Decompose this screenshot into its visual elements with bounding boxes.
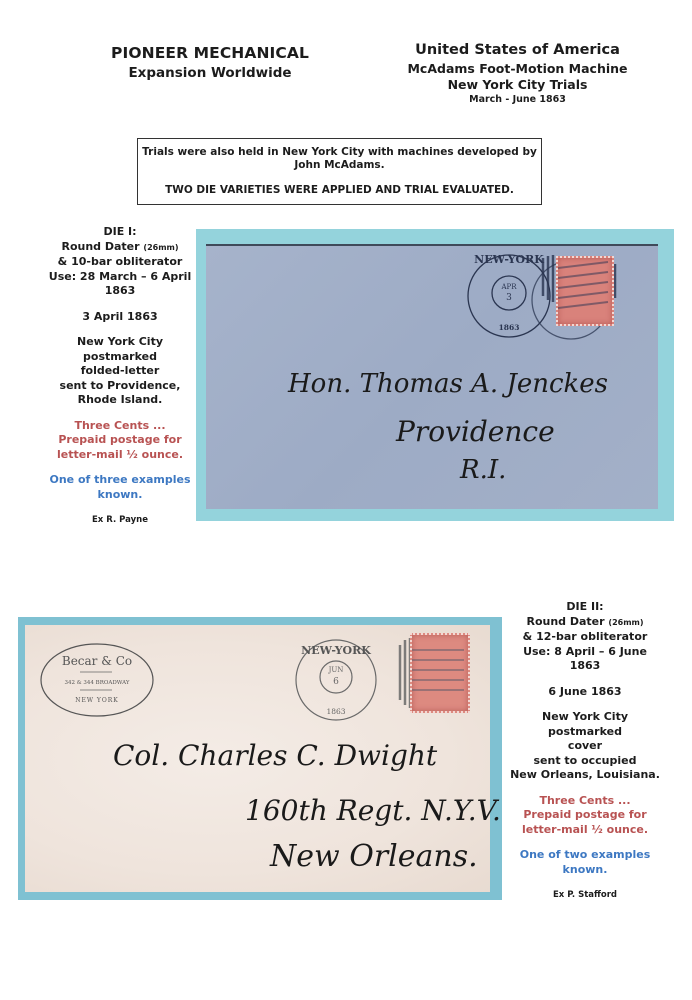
desc-line: postmarked	[500, 725, 670, 740]
obliterator-line: & 12-bar obliterator	[500, 630, 670, 645]
address-line: Col. Charles C. Dwight	[113, 739, 438, 772]
address-line: New Orleans.	[269, 839, 478, 874]
die-label: DIE II:	[500, 600, 670, 615]
desc-line: New Orleans, Louisiana.	[500, 768, 670, 783]
desc-line: cover	[500, 739, 670, 754]
rate-line: Prepaid postage for	[500, 808, 670, 823]
rarity-line: known.	[500, 863, 670, 878]
provenance: Ex P. Stafford	[500, 888, 670, 903]
die-2-description: DIE II: Round Dater (26mm) & 12-bar obli…	[500, 600, 670, 903]
dater-text: Round Dater	[526, 615, 604, 628]
dater-line: Round Dater (26mm)	[500, 615, 670, 631]
rarity-line: One of two examples	[500, 848, 670, 863]
desc-line: sent to occupied	[500, 754, 670, 769]
cover-date: 6 June 1863	[500, 685, 670, 700]
use-year: 1863	[500, 659, 670, 674]
rate-line: Three Cents ...	[500, 794, 670, 809]
dater-size: (26mm)	[608, 618, 643, 627]
use-line: Use: 8 April – 6 June	[500, 645, 670, 660]
desc-line: New York City	[500, 710, 670, 725]
rate-line: letter-mail ½ ounce.	[500, 823, 670, 838]
address-line: 160th Regt. N.Y.V.	[245, 794, 501, 827]
